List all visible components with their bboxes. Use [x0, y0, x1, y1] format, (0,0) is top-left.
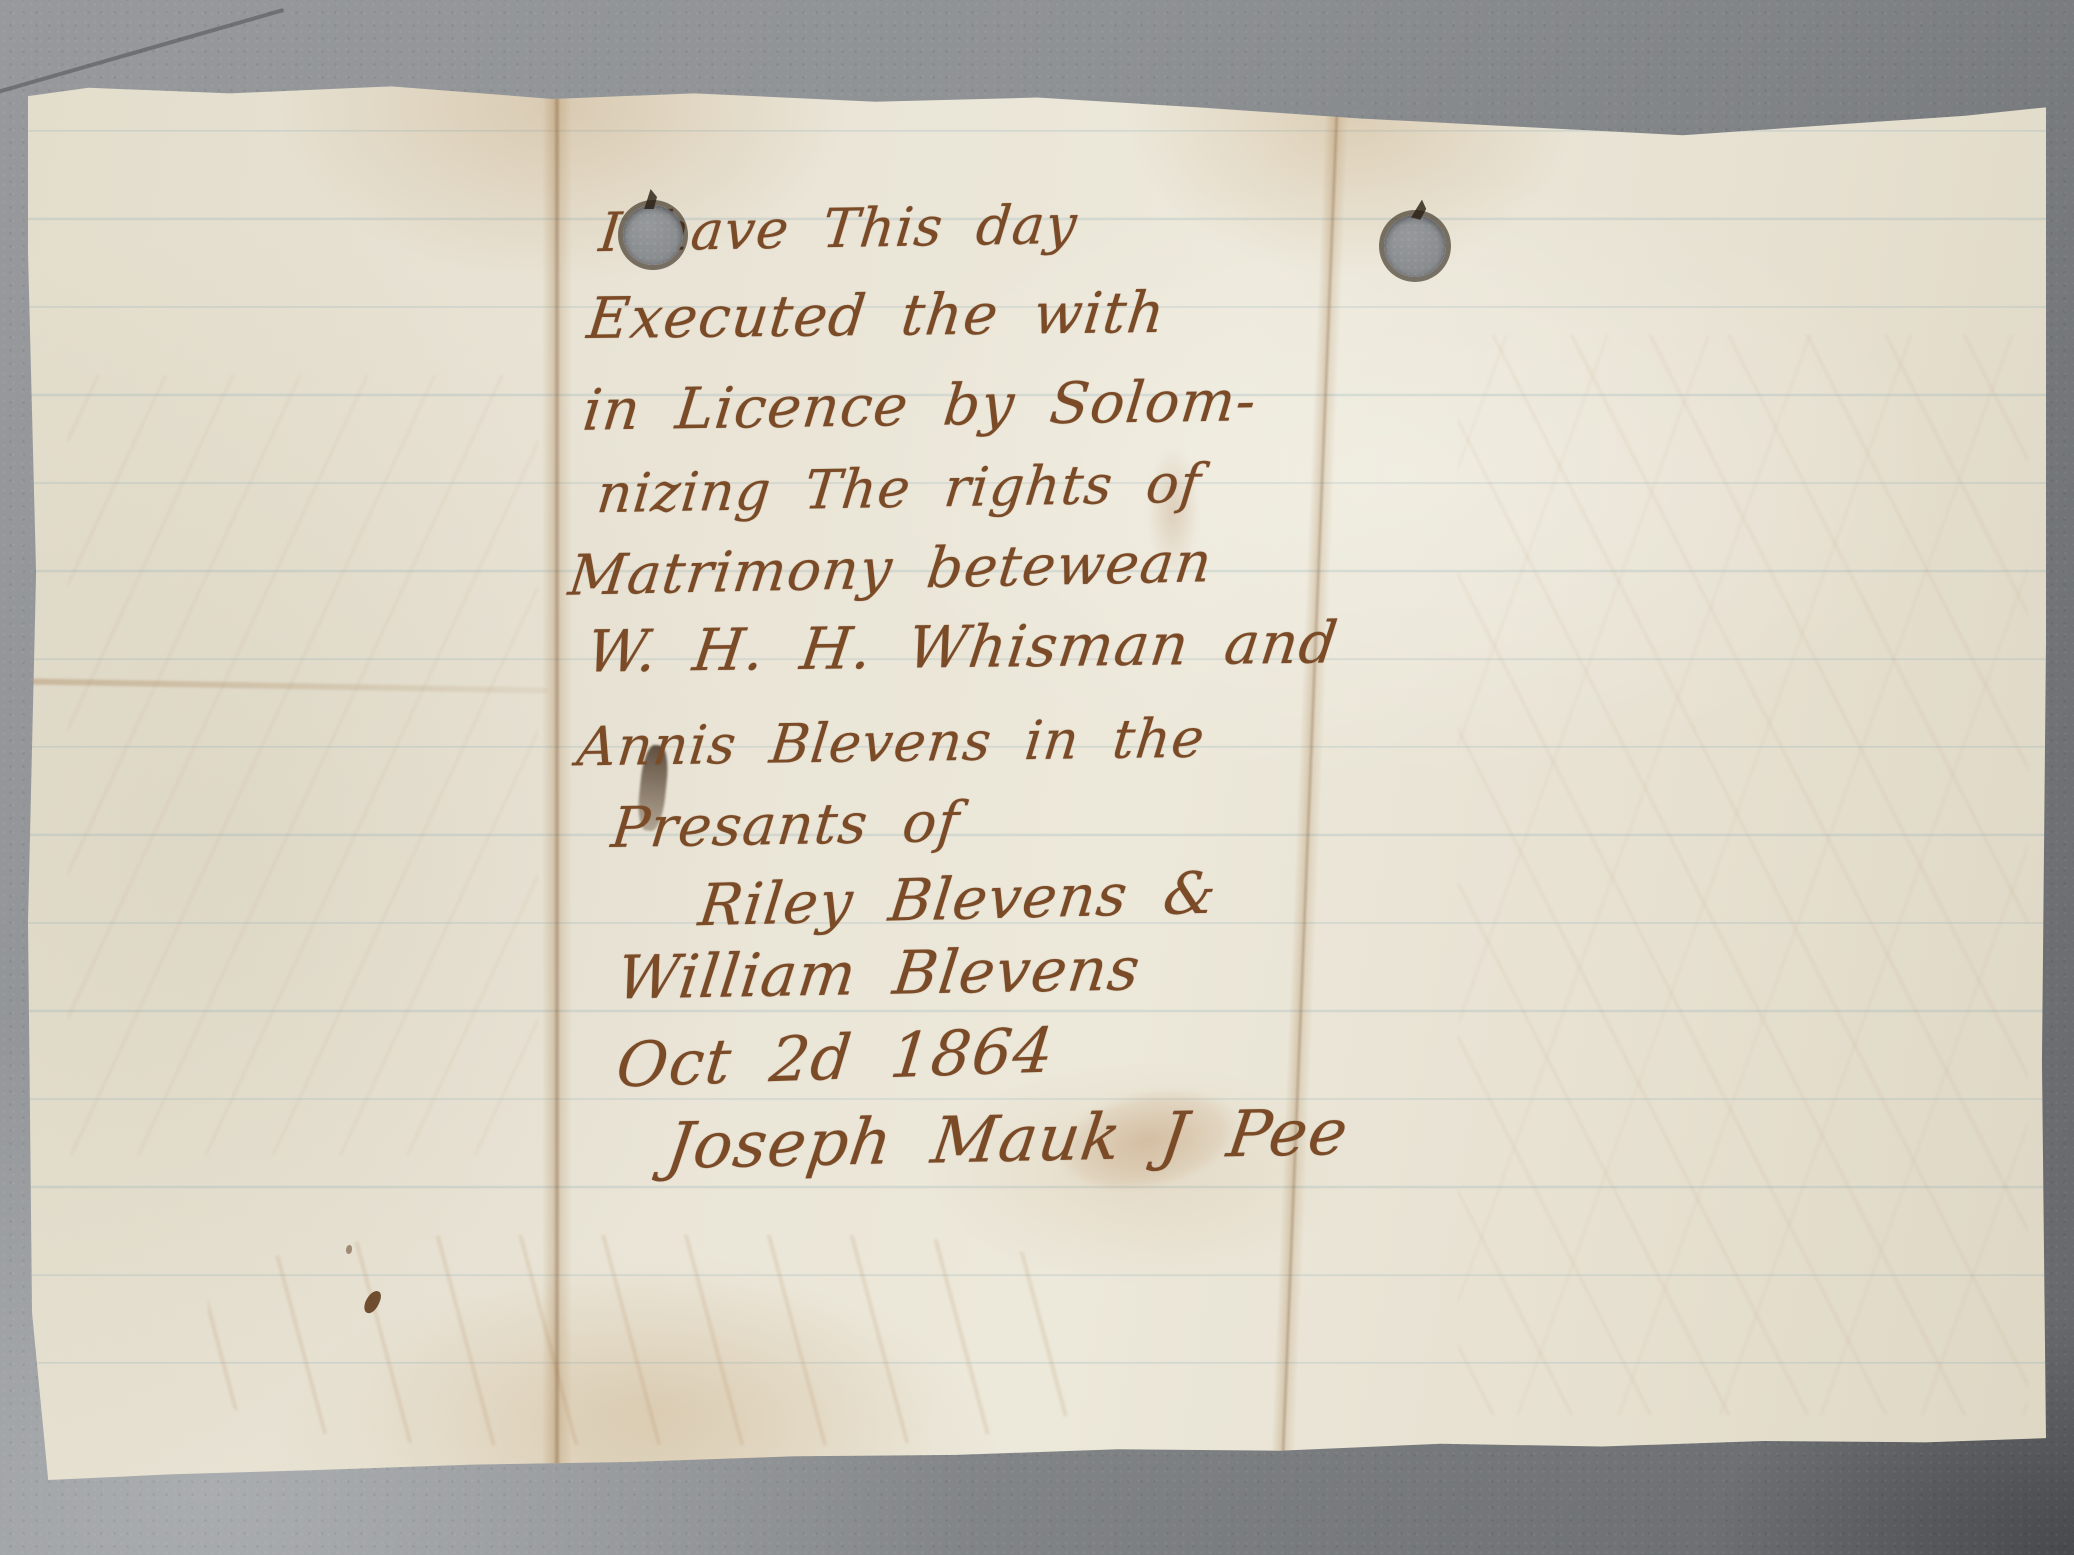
handwriting-line-12: Joseph Mauk J Pee	[662, 1096, 1353, 1184]
handwriting-line-10: William Blevens	[613, 934, 1144, 1013]
table-seam	[0, 8, 284, 100]
handwriting-line-9: Riley Blevens &	[695, 859, 1220, 940]
punch-hole-right	[1384, 215, 1446, 277]
handwriting-line-8: Presants of	[608, 790, 963, 861]
handwriting-line-7: Annis Blevens in the	[574, 707, 1208, 779]
photo-of-document: I have This day Executed the with in Lic…	[0, 0, 2074, 1555]
handwriting-line-3: in Licence by Solom-	[580, 368, 1260, 443]
punch-hole-left	[623, 205, 683, 265]
handwriting-line-2: Executed the with	[584, 280, 1169, 352]
handwriting-line-5: Matrimony betewean	[565, 530, 1216, 608]
handwriting-line-11: Oct 2d 1864	[613, 1013, 1058, 1101]
document-paper: I have This day Executed the with in Lic…	[28, 85, 2046, 1480]
handwriting-line-6: W. H. H. Whisman and	[583, 608, 1342, 685]
handwriting-line-4: nizing The rights of	[594, 452, 1205, 526]
